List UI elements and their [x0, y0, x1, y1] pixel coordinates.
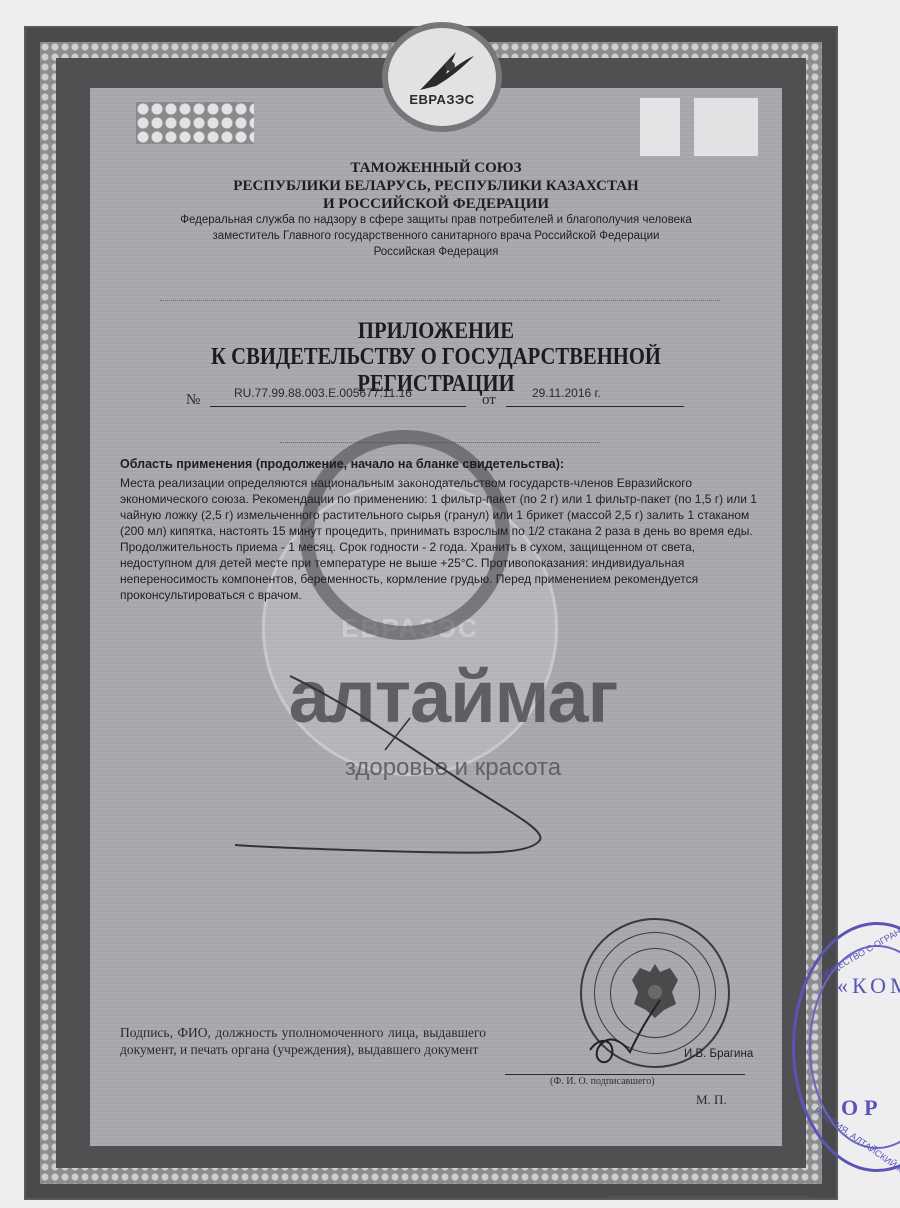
security-pattern [136, 102, 254, 144]
signature-line [505, 1074, 745, 1075]
double-headed-eagle-icon [622, 958, 688, 1024]
header-country: Российская Федерация [96, 246, 776, 258]
section-heading: Область применения (продолжение, начало … [120, 456, 760, 472]
hologram-box-right [694, 98, 758, 156]
bottom-fine-print [610, 1196, 810, 1197]
signature-caption: Подпись, ФИО, должность уполномоченного … [120, 1024, 486, 1058]
hologram-box-left [640, 98, 680, 156]
header-line-1: ТАМОЖЕННЫЙ СОЮЗ [96, 160, 776, 177]
number-label: № [186, 392, 200, 409]
registration-date: 29.11.2016 г. [532, 386, 601, 400]
brand-watermark: алтаймаг [218, 660, 688, 734]
header-agency: Федеральная служба по надзору в сфере за… [96, 214, 776, 226]
content-block: Область применения (продолжение, начало … [120, 456, 760, 603]
fine-print-line [160, 300, 720, 307]
header-line-3: И РОССИЙСКОЙ ФЕДЕРАЦИИ [96, 196, 776, 213]
number-underline [210, 406, 466, 407]
header-line-2: РЕСПУБЛИКИ БЕЛАРУСЬ, РЕСПУБЛИКИ КАЗАХСТА… [96, 178, 776, 195]
emblem-label: ЕВРАЗЭС [388, 92, 496, 107]
eurasec-bird-icon [416, 46, 476, 94]
signer-name: И.В. Брагина [684, 1048, 753, 1060]
registration-number: RU.77.99.88.003.E.005677.11.16 [234, 386, 412, 400]
document-title: ПРИЛОЖЕНИЕ [130, 318, 742, 344]
header-official: заместитель Главного государственного са… [96, 230, 776, 242]
date-label: от [482, 392, 496, 409]
date-underline [506, 406, 684, 407]
eurasec-emblem: ЕВРАЗЭС [382, 22, 502, 132]
stamp-name-bottom: ОР [841, 1095, 884, 1121]
fio-caption: (Ф. И. О. подписавшего) [550, 1076, 655, 1087]
stamp-name-top: «КОМ [837, 973, 900, 999]
registration-row: № RU.77.99.88.003.E.005677.11.16 от 29.1… [186, 386, 686, 410]
seal-place-label: М. П. [696, 1092, 727, 1108]
content-text: Места реализации определяются национальн… [120, 475, 760, 603]
brand-tagline: здоровье и красота [218, 754, 688, 782]
